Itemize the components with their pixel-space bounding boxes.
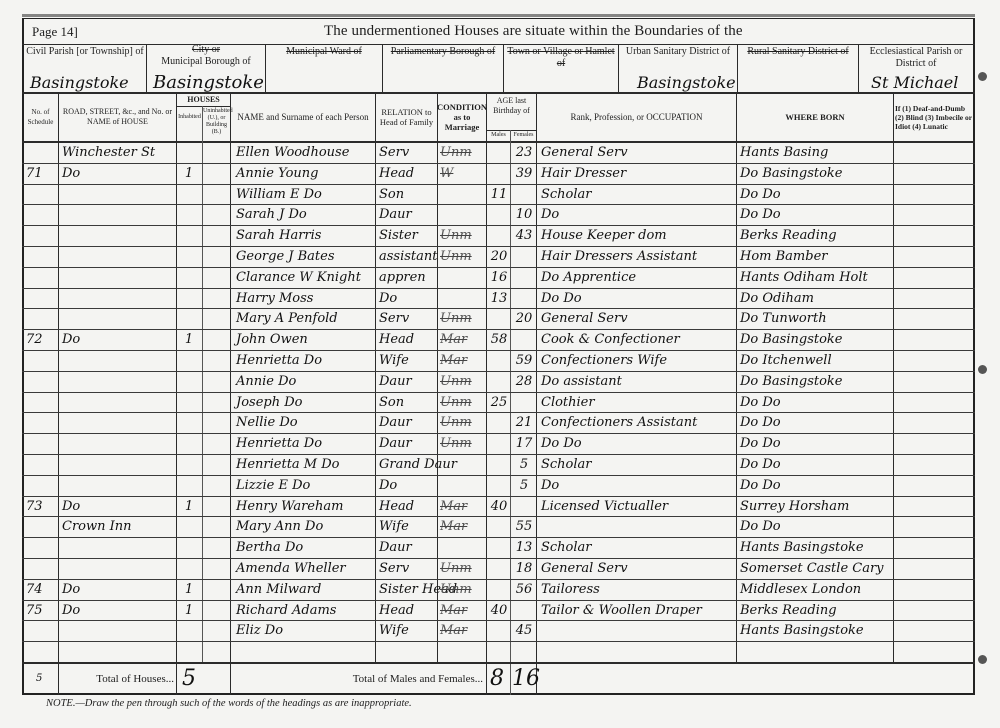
relation-cell <box>379 641 437 662</box>
inhabited-cell <box>178 184 200 205</box>
road-cell: Crown Inn <box>62 516 174 537</box>
where-born-cell: Hants Basingstoke <box>740 537 892 558</box>
table-row: Eliz DoWifeMar45Hants Basingstoke <box>22 620 975 641</box>
where-born-cell: Do Do <box>740 516 892 537</box>
condition-cell: W <box>440 163 486 184</box>
male-age-cell: 11 <box>488 184 510 205</box>
name-cell: Harry Moss <box>236 288 374 309</box>
occupation-cell: General Serv <box>541 142 736 163</box>
table-row: 72Do1John OwenHeadMar58Cook & Confection… <box>22 329 975 350</box>
female-age-cell <box>512 267 536 288</box>
condition-cell: Unm <box>440 412 486 433</box>
divider <box>176 106 230 107</box>
condition-cell <box>440 475 486 496</box>
rural-sanitary-cell: Rural Sanitary District of <box>738 44 858 92</box>
relation-cell: appren <box>379 267 437 288</box>
condition-cell: Mar <box>440 350 486 371</box>
road-cell <box>62 267 174 288</box>
female-age-cell: 21 <box>512 412 536 433</box>
road-cell: Do <box>62 163 174 184</box>
inhabited-cell <box>178 516 200 537</box>
total-houses-value: 5 <box>182 663 222 695</box>
road-cell <box>62 225 174 246</box>
female-age-cell <box>512 329 536 350</box>
road-cell <box>62 184 174 205</box>
occupation-cell: Do Do <box>541 288 736 309</box>
female-age-cell: 20 <box>512 308 536 329</box>
inhabited-cell <box>178 558 200 579</box>
relation-cell: Serv <box>379 558 437 579</box>
condition-cell <box>440 184 486 205</box>
occupation-cell: Hair Dressers Assistant <box>541 246 736 267</box>
name-cell: Mary A Penfold <box>236 308 374 329</box>
occupation-cell: Licensed Victualler <box>541 496 736 517</box>
where-born-cell: Berks Reading <box>740 600 892 621</box>
name-cell: Annie Do <box>236 371 374 392</box>
municipal-borough-label: Municipal Borough of <box>161 56 250 67</box>
road-cell <box>62 558 174 579</box>
name-cell: Henrietta M Do <box>236 454 374 475</box>
schedule-cell <box>26 350 56 371</box>
schedule-cell: 73 <box>26 496 56 517</box>
condition-cell: Unm <box>440 142 486 163</box>
where-born-cell: Middlesex London <box>740 579 892 600</box>
female-age-cell: 17 <box>512 433 536 454</box>
occupation-cell: General Serv <box>541 558 736 579</box>
punch-hole <box>978 655 987 664</box>
where-born-cell: Do Do <box>740 204 892 225</box>
col-header-name: NAME and Surname of each Person <box>231 94 375 140</box>
female-age-cell: 43 <box>512 225 536 246</box>
name-cell: Lizzie E Do <box>236 475 374 496</box>
col-header-road: ROAD, STREET, &c., and No. or NAME of HO… <box>59 94 176 140</box>
inhabited-cell <box>178 267 200 288</box>
male-age-cell <box>488 475 510 496</box>
inhabited-cell: 1 <box>178 329 200 350</box>
inhabited-cell: 1 <box>178 579 200 600</box>
female-age-cell <box>512 246 536 267</box>
road-cell <box>62 204 174 225</box>
occupation-cell: Confectioners Assistant <box>541 412 736 433</box>
inhabited-cell: 1 <box>178 600 200 621</box>
name-cell: Sarah J Do <box>236 204 374 225</box>
occupation-cell: Scholar <box>541 454 736 475</box>
male-age-cell <box>488 454 510 475</box>
male-age-cell: 16 <box>488 267 510 288</box>
occupation-cell: General Serv <box>541 308 736 329</box>
name-cell: Clarance W Knight <box>236 267 374 288</box>
road-cell: Do <box>62 579 174 600</box>
inhabited-cell <box>178 620 200 641</box>
occupation-cell <box>541 641 736 662</box>
where-born-cell: Do Basingstoke <box>740 329 892 350</box>
municipal-ward-label: Municipal Ward of <box>266 44 382 58</box>
name-cell: Nellie Do <box>236 412 374 433</box>
table-row <box>22 641 975 662</box>
table-row: Annie DoDaurUnm28Do assistantDo Basingst… <box>22 371 975 392</box>
name-cell: Sarah Harris <box>236 225 374 246</box>
female-age-cell <box>512 392 536 413</box>
where-born-cell: Hants Basing <box>740 142 892 163</box>
civil-parish-cell: Civil Parish [or Township] of Basingstok… <box>24 44 146 92</box>
condition-cell: Mar <box>440 329 486 350</box>
inhabited-cell <box>178 475 200 496</box>
condition-cell: Mar <box>440 600 486 621</box>
road-cell <box>62 475 174 496</box>
condition-cell: Mar <box>440 496 486 517</box>
condition-cell: Unm <box>440 308 486 329</box>
relation-cell: Daur <box>379 371 437 392</box>
schedule-cell <box>26 433 56 454</box>
relation-cell: Daur <box>379 433 437 454</box>
male-age-cell <box>488 558 510 579</box>
footer-note: NOTE.—Draw the pen through such of the w… <box>46 698 412 709</box>
table-row: Henrietta DoDaurUnm17Do DoDo Do <box>22 433 975 454</box>
relation-cell: Head <box>379 600 437 621</box>
schedule-cell <box>26 516 56 537</box>
female-age-cell: 18 <box>512 558 536 579</box>
condition-cell: Mar <box>440 516 486 537</box>
condition-cell <box>440 454 486 475</box>
urban-sanitary-value: Basingstoke <box>637 77 736 89</box>
where-born-cell: Berks Reading <box>740 225 892 246</box>
condition-cell <box>440 204 486 225</box>
road-cell: Do <box>62 329 174 350</box>
relation-cell: Serv <box>379 308 437 329</box>
female-age-cell: 39 <box>512 163 536 184</box>
schedule-cell: 75 <box>26 600 56 621</box>
female-age-cell: 45 <box>512 620 536 641</box>
condition-cell: Unm <box>440 558 486 579</box>
occupation-cell: Do <box>541 204 736 225</box>
where-born-cell: Do Do <box>740 475 892 496</box>
total-houses-label: Total of Houses... <box>60 663 174 695</box>
schedule-cell <box>26 288 56 309</box>
schedule-cell <box>26 267 56 288</box>
table-row: Clarance W Knightappren16Do ApprenticeHa… <box>22 267 975 288</box>
road-cell <box>62 392 174 413</box>
relation-cell: Son <box>379 392 437 413</box>
punch-hole <box>978 365 987 374</box>
inhabited-cell: 1 <box>178 496 200 517</box>
condition-cell: Unm <box>440 225 486 246</box>
relation-cell: Grand Daur <box>379 454 437 475</box>
where-born-cell: Do Odiham <box>740 288 892 309</box>
name-cell: Amenda Wheller <box>236 558 374 579</box>
relation-cell: Daur <box>379 204 437 225</box>
occupation-cell: Tailoress <box>541 579 736 600</box>
page-number-label: Page 14] <box>32 24 78 40</box>
relation-cell: Sister Head <box>379 579 437 600</box>
col-header-infirmity: If (1) Deaf-and-Dumb (2) Blind (3) Imbec… <box>895 94 974 140</box>
inhabited-cell <box>178 288 200 309</box>
page-top-edge <box>22 14 975 17</box>
table-row: Sarah J DoDaur10DoDo Do <box>22 204 975 225</box>
name-cell: William E Do <box>236 184 374 205</box>
table-row: 74Do1Ann MilwardSister HeadUnm56Tailores… <box>22 579 975 600</box>
road-cell: Winchester St <box>62 142 174 163</box>
road-cell <box>62 288 174 309</box>
table-row: Joseph DoSonUnm25ClothierDo Do <box>22 392 975 413</box>
name-cell: Mary Ann Do <box>236 516 374 537</box>
name-cell: Annie Young <box>236 163 374 184</box>
condition-cell: Mar <box>440 620 486 641</box>
title-row: Page 14] The undermentioned Houses are s… <box>24 19 973 45</box>
relation-cell: Son <box>379 184 437 205</box>
where-born-cell: Hants Basingstoke <box>740 620 892 641</box>
table-row: Nellie DoDaurUnm21Confectioners Assistan… <box>22 412 975 433</box>
female-age-cell: 13 <box>512 537 536 558</box>
male-age-cell <box>488 163 510 184</box>
female-age-cell: 23 <box>512 142 536 163</box>
name-cell: Richard Adams <box>236 600 374 621</box>
inhabited-cell <box>178 246 200 267</box>
female-age-cell: 55 <box>512 516 536 537</box>
town-village-label: Town or Village or Hamlet of <box>504 44 618 70</box>
table-row: George J BatesassistantUnm20Hair Dresser… <box>22 246 975 267</box>
male-age-cell <box>488 371 510 392</box>
road-cell <box>62 412 174 433</box>
occupation-cell: Scholar <box>541 184 736 205</box>
col-header-inhabited: Inhabited <box>177 114 202 121</box>
schedule-cell <box>26 142 56 163</box>
relation-cell: Head <box>379 163 437 184</box>
road-cell: Do <box>62 496 174 517</box>
male-age-cell: 20 <box>488 246 510 267</box>
schedule-cell <box>26 225 56 246</box>
ecclesiastical-parish-label: Ecclesiastical Parish or District of <box>859 44 973 70</box>
relation-cell: Daur <box>379 537 437 558</box>
punch-hole <box>978 72 987 81</box>
male-age-cell <box>488 433 510 454</box>
parliamentary-borough-cell: Parliamentary Borough of <box>383 44 503 92</box>
relation-cell: Serv <box>379 142 437 163</box>
male-age-cell <box>488 412 510 433</box>
female-age-cell: 59 <box>512 350 536 371</box>
schedule-cell <box>26 246 56 267</box>
name-cell: Henry Wareham <box>236 496 374 517</box>
inhabited-cell <box>178 454 200 475</box>
urban-sanitary-cell: Urban Sanitary District of Basingstoke <box>619 44 737 92</box>
col-header-houses: HOUSES <box>177 95 230 104</box>
schedule-cell <box>26 412 56 433</box>
name-cell: George J Bates <box>236 246 374 267</box>
page-title: The undermentioned Houses are situate wi… <box>324 23 743 40</box>
male-age-cell <box>488 537 510 558</box>
condition-cell: Unm <box>440 246 486 267</box>
male-age-cell <box>488 579 510 600</box>
name-cell: Henrietta Do <box>236 433 374 454</box>
condition-cell <box>440 537 486 558</box>
relation-cell: Wife <box>379 516 437 537</box>
town-village-cell: Town or Village or Hamlet of <box>504 44 618 92</box>
male-age-cell <box>488 641 510 662</box>
occupation-cell: Cook & Confectioner <box>541 329 736 350</box>
female-age-cell: 56 <box>512 579 536 600</box>
where-born-cell: Do Basingstoke <box>740 163 892 184</box>
inhabited-cell <box>178 537 200 558</box>
inhabited-cell <box>178 225 200 246</box>
road-cell <box>62 371 174 392</box>
inhabited-cell <box>178 142 200 163</box>
col-header-where-born: WHERE BORN <box>737 94 893 140</box>
col-header-uninhabited: Uninhabited (U.), or Building (B.) <box>203 108 230 136</box>
name-cell: Eliz Do <box>236 620 374 641</box>
where-born-cell <box>740 641 892 662</box>
col-header-occupation: Rank, Profession, or OCCUPATION <box>537 94 736 140</box>
table-row: 71Do1Annie YoungHeadW39Hair DresserDo Ba… <box>22 163 975 184</box>
male-age-cell: 40 <box>488 600 510 621</box>
male-age-cell <box>488 225 510 246</box>
table-row: Henrietta M DoGrand Daur5ScholarDo Do <box>22 454 975 475</box>
male-age-cell <box>488 308 510 329</box>
occupation-cell: Do Do <box>541 433 736 454</box>
where-born-cell: Do Tunworth <box>740 308 892 329</box>
inhabited-cell <box>178 204 200 225</box>
city-struck-label: City or <box>192 44 220 55</box>
schedule-cell <box>26 641 56 662</box>
occupation-cell: Do Apprentice <box>541 267 736 288</box>
male-age-cell: 13 <box>488 288 510 309</box>
inhabited-cell <box>178 308 200 329</box>
relation-cell: Head <box>379 496 437 517</box>
relation-cell: Do <box>379 475 437 496</box>
total-males-value: 8 <box>490 663 510 695</box>
schedule-cell <box>26 392 56 413</box>
relation-cell: Do <box>379 288 437 309</box>
col-header-condition: CONDITION as to Marriage <box>438 94 486 140</box>
inhabited-cell <box>178 641 200 662</box>
schedule-cell <box>26 371 56 392</box>
where-born-cell: Do Do <box>740 454 892 475</box>
name-cell: Joseph Do <box>236 392 374 413</box>
col-header-schedule: No. of Schedule <box>23 94 58 140</box>
municipal-borough-cell: City orMunicipal Borough of Basingstoke <box>147 44 265 92</box>
schedule-cell <box>26 204 56 225</box>
name-cell: Ellen Woodhouse <box>236 142 374 163</box>
name-cell <box>236 641 374 662</box>
schedule-cell <box>26 184 56 205</box>
relation-cell: assistant <box>379 246 437 267</box>
male-age-cell: 25 <box>488 392 510 413</box>
female-age-cell <box>512 288 536 309</box>
occupation-cell: Do <box>541 475 736 496</box>
where-born-cell: Surrey Horsham <box>740 496 892 517</box>
schedule-cell <box>26 620 56 641</box>
schedule-cell: 72 <box>26 329 56 350</box>
civil-parish-label: Civil Parish [or Township] of <box>24 44 146 58</box>
schedule-cell <box>26 308 56 329</box>
table-row: William E DoSon11ScholarDo Do <box>22 184 975 205</box>
table-row: Amenda WhellerServUnm18General ServSomer… <box>22 558 975 579</box>
table-row: Crown InnMary Ann DoWifeMar55Do Do <box>22 516 975 537</box>
road-cell <box>62 620 174 641</box>
table-row: 73Do1Henry WarehamHeadMar40Licensed Vict… <box>22 496 975 517</box>
where-born-cell: Hants Odiham Holt <box>740 267 892 288</box>
male-age-cell <box>488 204 510 225</box>
inhabited-cell <box>178 412 200 433</box>
condition-cell: Unm <box>440 579 486 600</box>
condition-cell: Unm <box>440 371 486 392</box>
ecclesiastical-parish-value: St Michael <box>871 77 958 89</box>
road-cell <box>62 350 174 371</box>
table-row: Lizzie E DoDo5DoDo Do <box>22 475 975 496</box>
road-cell <box>62 454 174 475</box>
occupation-cell <box>541 516 736 537</box>
relation-cell: Wife <box>379 620 437 641</box>
female-age-cell <box>512 600 536 621</box>
municipal-ward-cell: Municipal Ward of <box>266 44 382 92</box>
condition-cell <box>440 641 486 662</box>
male-age-cell: 58 <box>488 329 510 350</box>
where-born-cell: Do Do <box>740 412 892 433</box>
relation-cell: Sister <box>379 225 437 246</box>
road-cell <box>62 537 174 558</box>
ecclesiastical-parish-cell: Ecclesiastical Parish or District of St … <box>859 44 973 92</box>
relation-cell: Wife <box>379 350 437 371</box>
inhabited-cell: 1 <box>178 163 200 184</box>
occupation-cell: Scholar <box>541 537 736 558</box>
totals-schedule-mark: 5 <box>36 663 56 695</box>
female-age-cell: 10 <box>512 204 536 225</box>
name-cell: Ann Milward <box>236 579 374 600</box>
schedule-cell: 71 <box>26 163 56 184</box>
road-cell <box>62 246 174 267</box>
civil-parish-value: Basingstoke <box>30 77 129 89</box>
urban-sanitary-label: Urban Sanitary District of <box>619 44 737 58</box>
parliamentary-borough-label: Parliamentary Borough of <box>383 44 503 58</box>
female-age-cell <box>512 496 536 517</box>
where-born-cell: Somerset Castle Cary <box>740 558 892 579</box>
col-header-age: AGE last Birthday of <box>487 96 536 116</box>
female-age-cell <box>512 184 536 205</box>
name-cell: John Owen <box>236 329 374 350</box>
inhabited-cell <box>178 433 200 454</box>
col-header-males: Males <box>487 132 510 139</box>
road-cell: Do <box>62 600 174 621</box>
col-header-females: Females <box>511 132 536 139</box>
relation-cell: Head <box>379 329 437 350</box>
male-age-cell <box>488 350 510 371</box>
occupation-cell: Hair Dresser <box>541 163 736 184</box>
table-row: 75Do1Richard AdamsHeadMar40Tailor & Wool… <box>22 600 975 621</box>
municipal-borough-value: Basingstoke <box>153 77 264 89</box>
inhabited-cell <box>178 350 200 371</box>
table-row: Winchester StEllen WoodhouseServUnm23Gen… <box>22 142 975 163</box>
table-row: Bertha DoDaur13ScholarHants Basingstoke <box>22 537 975 558</box>
road-cell <box>62 641 174 662</box>
inhabited-cell <box>178 392 200 413</box>
name-cell: Bertha Do <box>236 537 374 558</box>
table-row: Sarah HarrisSisterUnm43House Keeper domB… <box>22 225 975 246</box>
where-born-cell: Do Basingstoke <box>740 371 892 392</box>
table-row: Mary A PenfoldServUnm20General ServDo Tu… <box>22 308 975 329</box>
where-born-cell: Do Itchenwell <box>740 350 892 371</box>
schedule-cell <box>26 475 56 496</box>
female-age-cell <box>512 641 536 662</box>
occupation-cell: Confectioners Wife <box>541 350 736 371</box>
inhabited-cell <box>178 371 200 392</box>
male-age-cell <box>488 516 510 537</box>
where-born-cell: Do Do <box>740 184 892 205</box>
rural-sanitary-label: Rural Sanitary District of <box>738 44 858 58</box>
col-header-relation: RELATION to Head of Family <box>376 94 437 140</box>
table-row: Henrietta DoWifeMar59Confectioners WifeD… <box>22 350 975 371</box>
female-age-cell: 5 <box>512 454 536 475</box>
divider <box>486 130 536 131</box>
road-cell <box>62 433 174 454</box>
occupation-cell: House Keeper dom <box>541 225 736 246</box>
